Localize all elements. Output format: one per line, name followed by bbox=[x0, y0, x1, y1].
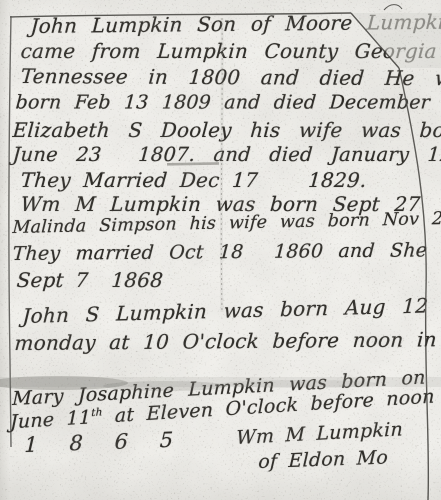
handwritten-year: 1 8 6 5 bbox=[24, 429, 184, 456]
ordinal-superscript: th bbox=[91, 406, 102, 419]
signature-place: of Eldon Mo bbox=[258, 448, 388, 472]
handwritten-line: They married Oct 18 1860 and She died, o… bbox=[12, 240, 441, 264]
line-text: June 11 bbox=[10, 406, 91, 433]
handwritten-line: Tennessee in 1800 and died He was bbox=[20, 66, 441, 88]
handwritten-line: John Lumpkin Son of Moore Lumpkin bbox=[30, 12, 441, 36]
handwritten-line: came from Lumpkin County Georgia to bbox=[20, 41, 441, 61]
line-text: born Feb 13 1809 and died December 1 bbox=[15, 91, 441, 113]
signature-name: Wm M Lumpkin bbox=[236, 420, 403, 448]
document-page: John Lumpkin Son of Moore Lumpkin came f… bbox=[0, 0, 441, 500]
handwritten-line: monday at 10 O'clock before noon in 1861 bbox=[14, 329, 441, 353]
handwritten-line: June 23 1807. and died January 12 1883 bbox=[12, 145, 441, 165]
handwritten-line: Elizabeth S Dooley his wife was born bbox=[12, 120, 441, 140]
handwritten-line: They Married Dec 17 1829. bbox=[20, 170, 367, 190]
handwritten-line: John S Lumpkin was born Aug 12 on bbox=[22, 294, 441, 326]
handwritten-line: born Feb 13 1809 and died December 1st 1… bbox=[15, 93, 441, 112]
handwritten-line: Sept 7 1868 bbox=[16, 270, 164, 290]
